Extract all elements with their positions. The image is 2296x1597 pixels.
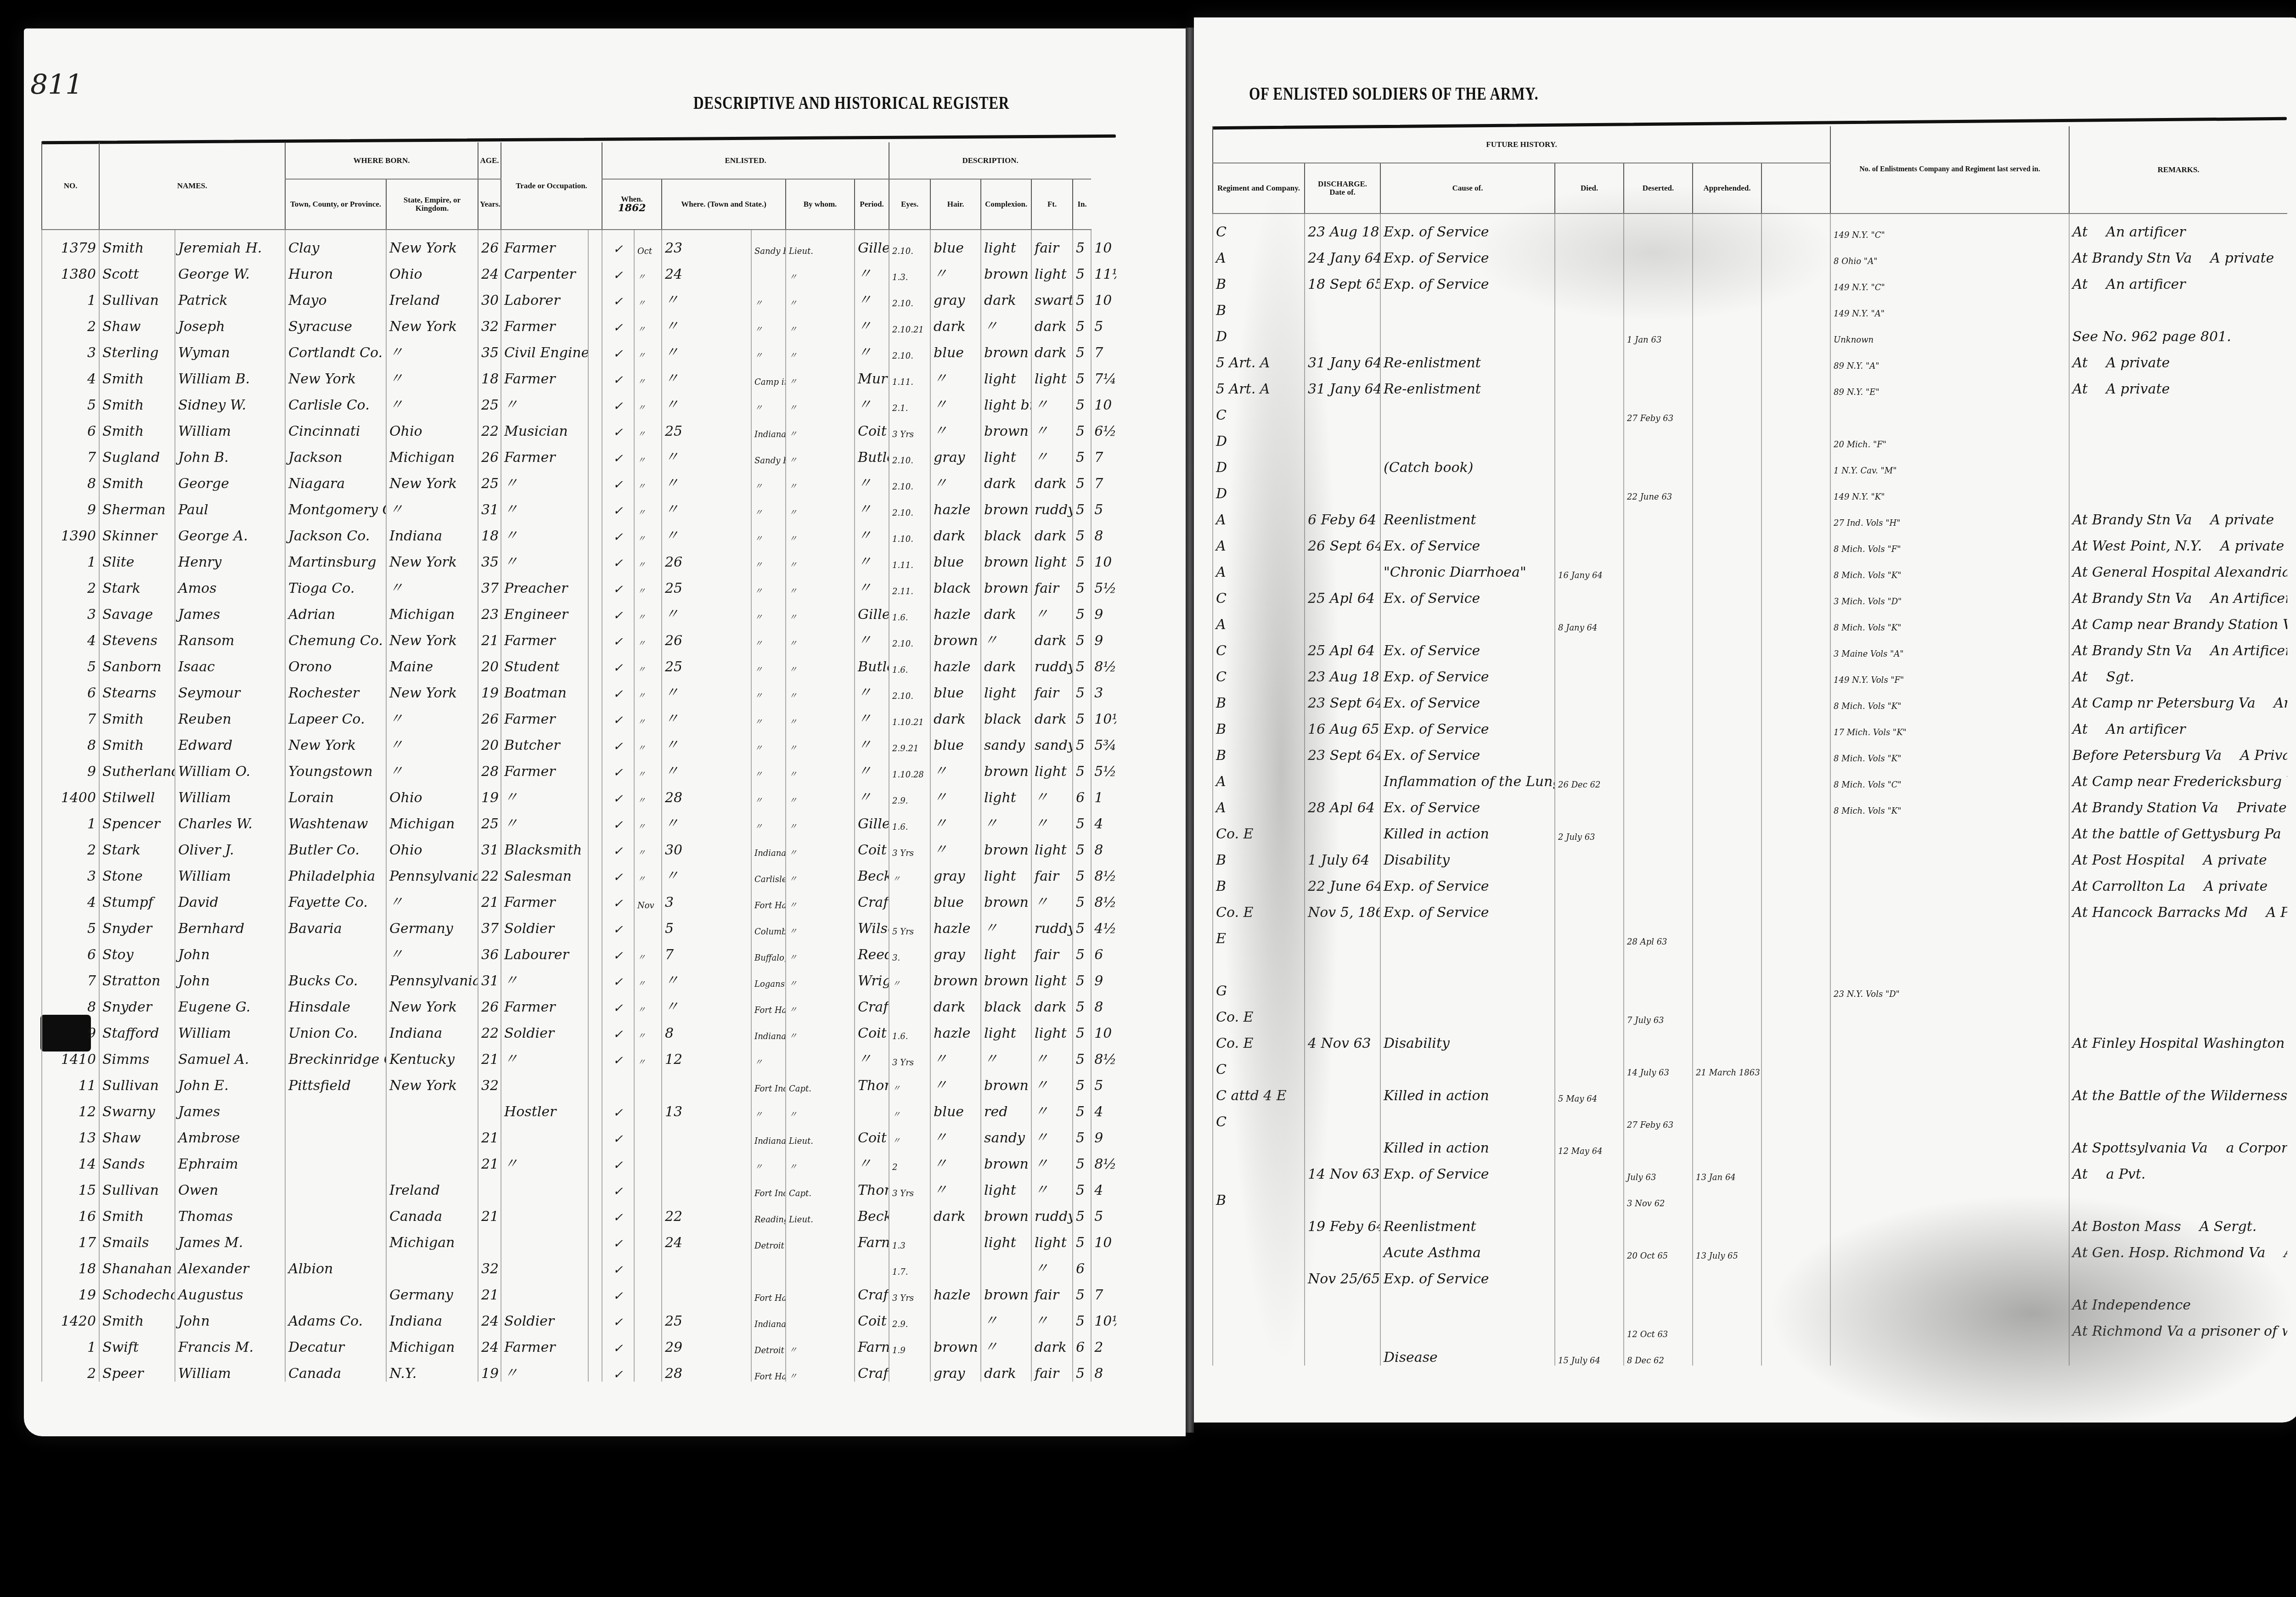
cell-trade bbox=[501, 1251, 588, 1277]
cell-appr bbox=[1693, 476, 1761, 502]
remarks-place: At bbox=[2072, 721, 2088, 737]
cell-last bbox=[1830, 842, 2069, 868]
cell-no: 11 bbox=[42, 1068, 99, 1094]
cell-rank: Lieut. bbox=[786, 1120, 855, 1146]
cell-died bbox=[1555, 999, 1624, 1025]
cell-by: Coit bbox=[855, 1303, 889, 1329]
cell-state: New York bbox=[386, 1068, 478, 1094]
cell-died bbox=[1555, 1156, 1624, 1182]
cell-appr bbox=[1693, 764, 1761, 790]
register-row: 1SwiftFrancis M.DecaturMichigan24Farmer✓… bbox=[42, 1329, 1116, 1355]
cell-month: 〃 bbox=[634, 570, 662, 596]
cell-state bbox=[386, 1146, 478, 1172]
cell-deserted bbox=[1624, 790, 1693, 816]
cell-last: 3 Maine Vols "A" bbox=[1830, 633, 2069, 659]
cell-reg: E bbox=[1213, 921, 1305, 947]
cell-trade bbox=[501, 1277, 588, 1303]
cell-deserted bbox=[1624, 816, 1693, 842]
remarks-place: At bbox=[2072, 224, 2088, 240]
cell-date: 14 Nov 63 bbox=[1305, 1156, 1380, 1182]
cell-trade: Blacksmith bbox=[501, 832, 588, 858]
cell-state: Pennsylvania bbox=[386, 858, 478, 884]
cell-reg: Co. E bbox=[1213, 894, 1305, 921]
cell-spacer bbox=[588, 1355, 602, 1382]
cell-ft: 5 bbox=[1073, 623, 1091, 649]
cell-month: 〃 bbox=[634, 754, 662, 780]
cell-appr bbox=[1693, 240, 1761, 266]
cell-day: 〃 bbox=[662, 361, 751, 387]
cell-surname: Sullivan bbox=[99, 282, 175, 309]
cell-last: 8 Mich. Vols "K" bbox=[1830, 607, 2069, 633]
cell-eyes: hazle bbox=[930, 596, 981, 623]
cell-day: 〃 bbox=[662, 309, 751, 335]
cell-eyes: 〃 bbox=[930, 256, 981, 282]
cell-ck: ✓ bbox=[602, 570, 634, 596]
cell-in: 8½ bbox=[1091, 1041, 1116, 1068]
cell-month: 〃 bbox=[634, 492, 662, 518]
cell-reg bbox=[1213, 1156, 1305, 1182]
register-row: 6SmithWilliamCincinnatiOhio22Musician✓〃2… bbox=[42, 413, 1116, 439]
cell-age: 18 bbox=[478, 361, 501, 387]
cell-cause: Ex. of Service bbox=[1380, 580, 1555, 607]
cell-deserted bbox=[1624, 580, 1693, 607]
cell-remarks: At Brandy Station VaPrivate bbox=[2069, 790, 2287, 816]
cell-blank bbox=[1761, 1313, 1830, 1339]
cell-hair: 〃 bbox=[981, 806, 1031, 832]
header-description: DESCRIPTION. bbox=[889, 142, 1091, 179]
cell-given: John bbox=[175, 937, 285, 963]
cell-reg: Co. E bbox=[1213, 999, 1305, 1025]
cell-complexion: 〃 bbox=[1031, 1251, 1073, 1277]
remarks-rank: An artificer bbox=[2106, 224, 2185, 240]
cell-date: 26 Sept 64 bbox=[1305, 528, 1380, 554]
cell-by: Gillespie bbox=[855, 230, 889, 256]
cell-complexion: 〃 bbox=[1031, 884, 1073, 911]
cell-no: 2 bbox=[42, 570, 99, 596]
cell-period: 2.10. bbox=[889, 282, 930, 309]
cell-eyes: brown bbox=[930, 1329, 981, 1355]
cell-in: 8½ bbox=[1091, 858, 1116, 884]
book-gutter bbox=[1186, 28, 1194, 1433]
cell-day: 26 bbox=[662, 544, 751, 570]
cell-appr bbox=[1693, 685, 1761, 711]
cell-in: 1 bbox=[1091, 780, 1116, 806]
register-row: 13ShawAmbrose21✓Indianapolis, Ind.Lieut.… bbox=[42, 1120, 1116, 1146]
cell-town: Syracuse bbox=[285, 309, 386, 335]
cell-ft: 5 bbox=[1073, 570, 1091, 596]
register-row: D1 Jan 63UnknownSee No. 962 page 801. bbox=[1213, 319, 2287, 345]
cell-surname: Slite bbox=[99, 544, 175, 570]
cell-appr bbox=[1693, 554, 1761, 580]
cell-month: 〃 bbox=[634, 413, 662, 439]
cell-last: 149 N.Y. "K" bbox=[1830, 476, 2069, 502]
cell-by: Butler bbox=[855, 439, 889, 466]
cell-ck: ✓ bbox=[602, 1251, 634, 1277]
register-row: Killed in action12 May 64At Spottsylvani… bbox=[1213, 1130, 2287, 1156]
cell-ck: ✓ bbox=[602, 492, 634, 518]
cell-given: William bbox=[175, 780, 285, 806]
cell-ft: 5 bbox=[1073, 963, 1091, 989]
cell-spacer bbox=[588, 361, 602, 387]
cell-town: Lapeer Co. bbox=[285, 701, 386, 727]
cell-deserted bbox=[1624, 633, 1693, 659]
cell-day: 25 bbox=[662, 413, 751, 439]
cell-given: William B. bbox=[175, 361, 285, 387]
cell-deserted bbox=[1624, 894, 1693, 921]
cell-given: William bbox=[175, 1355, 285, 1382]
cell-last bbox=[1830, 1104, 2069, 1130]
cell-hair: light bbox=[981, 439, 1031, 466]
cell-rank: 〃 bbox=[786, 623, 855, 649]
cell-ft: 5 bbox=[1073, 256, 1091, 282]
register-row: 14SandsEphraim21〃✓〃〃〃2〃brown〃58½ bbox=[42, 1146, 1116, 1172]
cell-cause bbox=[1380, 1182, 1555, 1209]
cell-blank bbox=[1761, 894, 1830, 921]
cell-state: N.Y. bbox=[386, 1355, 478, 1382]
cell-period: 2.9. bbox=[889, 1303, 930, 1329]
cell-eyes: dark bbox=[930, 1198, 981, 1225]
cell-town: Mayo bbox=[285, 282, 386, 309]
remarks-rank: A Private bbox=[2240, 748, 2287, 764]
cell-died bbox=[1555, 1104, 1624, 1130]
cell-by: Wilson bbox=[855, 911, 889, 937]
cell-by: Farnsworth bbox=[855, 1329, 889, 1355]
cell-ck: ✓ bbox=[602, 780, 634, 806]
cell-ft: 5 bbox=[1073, 1094, 1091, 1120]
cell-blank bbox=[1761, 999, 1830, 1025]
cell-last: 89 N.Y. "E" bbox=[1830, 371, 2069, 397]
cell-trade: Hostler bbox=[501, 1094, 588, 1120]
remarks-place: Before Petersburg Va bbox=[2072, 748, 2222, 764]
register-row: 9StaffordWilliamUnion Co.Indiana22Soldie… bbox=[42, 1015, 1116, 1041]
cell-state: Ohio bbox=[386, 256, 478, 282]
cell-appr bbox=[1693, 842, 1761, 868]
cell-complexion: light bbox=[1031, 754, 1073, 780]
cell-town: Adrian bbox=[285, 596, 386, 623]
cell-deserted bbox=[1624, 450, 1693, 476]
cell-remarks: AtAn artificer bbox=[2069, 214, 2287, 240]
cell-complexion: 〃 bbox=[1031, 1303, 1073, 1329]
register-row: 5SnyderBernhardBavariaGermany37Soldier✓5… bbox=[42, 911, 1116, 937]
cell-day: 〃 bbox=[662, 754, 751, 780]
cell-complexion: swarthy bbox=[1031, 282, 1073, 309]
cell-day: 12 bbox=[662, 1041, 751, 1068]
remarks-place: At Camp near Brandy Station Va bbox=[2072, 617, 2287, 633]
cell-where: Indianapolis, Ind. bbox=[751, 1015, 786, 1041]
cell-complexion: dark bbox=[1031, 701, 1073, 727]
cell-rank: 〃 bbox=[786, 466, 855, 492]
cell-spacer bbox=[588, 1251, 602, 1277]
cell-ck: ✓ bbox=[602, 256, 634, 282]
cell-deserted: 22 June 63 bbox=[1624, 476, 1693, 502]
register-row: A24 Jany 64Exp. of Service8 Ohio "A"At B… bbox=[1213, 240, 2287, 266]
cell-no: 8 bbox=[42, 466, 99, 492]
cell-eyes: blue bbox=[930, 884, 981, 911]
cell-complexion: light bbox=[1031, 1225, 1073, 1251]
right-register-table: FUTURE HISTORY. No. of Enlistments Compa… bbox=[1212, 126, 2287, 1366]
cell-deserted bbox=[1624, 1287, 1693, 1313]
cell-age: 24 bbox=[478, 1329, 501, 1355]
cell-date bbox=[1305, 947, 1380, 973]
cell-trade: Farmer bbox=[501, 309, 588, 335]
cell-deserted bbox=[1624, 947, 1693, 973]
cell-date bbox=[1305, 1313, 1380, 1339]
cell-ft: 6 bbox=[1073, 780, 1091, 806]
cell-spacer bbox=[588, 780, 602, 806]
cell-day: 〃 bbox=[662, 989, 751, 1015]
register-row: 7SuglandJohn B.JacksonMichigan26Farmer✓〃… bbox=[42, 439, 1116, 466]
cell-hair: brown bbox=[981, 884, 1031, 911]
cell-last bbox=[1830, 1130, 2069, 1156]
cell-month bbox=[634, 1094, 662, 1120]
cell-cause: Killed in action bbox=[1380, 1078, 1555, 1104]
cell-in: 7 bbox=[1091, 466, 1116, 492]
cell-appr: 21 March 1863 bbox=[1693, 1052, 1761, 1078]
cell-given: Edward bbox=[175, 727, 285, 754]
cell-month: 〃 bbox=[634, 675, 662, 701]
cell-day: 〃 bbox=[662, 492, 751, 518]
cell-spacer bbox=[588, 518, 602, 544]
cell-by: 〃 bbox=[855, 727, 889, 754]
cell-remarks: At General Hospital Alexandria Vaa Priva… bbox=[2069, 554, 2287, 580]
cell-rank: 〃 bbox=[786, 963, 855, 989]
cell-town: Bucks Co. bbox=[285, 963, 386, 989]
register-row: 16SmithThomasCanada21✓22Reading, Pa.Lieu… bbox=[42, 1198, 1116, 1225]
header-height-in: In. bbox=[1073, 179, 1091, 230]
cell-appr bbox=[1693, 580, 1761, 607]
cell-appr bbox=[1693, 450, 1761, 476]
cell-by: Reed bbox=[855, 937, 889, 963]
cell-date bbox=[1305, 921, 1380, 947]
cell-surname: Snyder bbox=[99, 989, 175, 1015]
remarks-place: At General Hospital Alexandria Va bbox=[2072, 564, 2287, 580]
cell-age bbox=[478, 1172, 501, 1198]
cell-trade: 〃 bbox=[501, 387, 588, 413]
cell-day bbox=[662, 1251, 751, 1277]
cell-ck: ✓ bbox=[602, 544, 634, 570]
cell-rank: 〃 bbox=[786, 701, 855, 727]
cell-month: 〃 bbox=[634, 832, 662, 858]
cell-month: 〃 bbox=[634, 780, 662, 806]
cell-town: Jackson bbox=[285, 439, 386, 466]
cell-period: 3 Yrs bbox=[889, 1041, 930, 1068]
cell-month bbox=[634, 1277, 662, 1303]
cell-spacer bbox=[588, 1068, 602, 1094]
cell-given: Paul bbox=[175, 492, 285, 518]
cell-state: Germany bbox=[386, 1277, 478, 1303]
cell-period: 1.11. bbox=[889, 361, 930, 387]
cell-spacer bbox=[588, 1303, 602, 1329]
cell-eyes: gray bbox=[930, 858, 981, 884]
cell-died: 16 Jany 64 bbox=[1555, 554, 1624, 580]
cell-blank bbox=[1761, 764, 1830, 790]
cell-last bbox=[1830, 921, 2069, 947]
cell-blank bbox=[1761, 371, 1830, 397]
cell-month: Nov bbox=[634, 884, 662, 911]
cell-remarks: Ata Pvt. bbox=[2069, 1156, 2287, 1182]
cell-surname: Shaw bbox=[99, 1120, 175, 1146]
cell-cause: Exp. of Service bbox=[1380, 711, 1555, 737]
cell-state: New York bbox=[386, 675, 478, 701]
cell-in: 3 bbox=[1091, 675, 1116, 701]
cell-trade: Farmer bbox=[501, 439, 588, 466]
cell-spacer bbox=[588, 623, 602, 649]
cell-by: Craft bbox=[855, 1355, 889, 1382]
cell-remarks bbox=[2069, 1182, 2287, 1209]
cell-deserted bbox=[1624, 423, 1693, 450]
cell-eyes: hazle bbox=[930, 911, 981, 937]
cell-given: Thomas bbox=[175, 1198, 285, 1225]
remarks-place: At bbox=[2072, 355, 2088, 371]
register-row: C attd 4 EKilled in action5 May 64At the… bbox=[1213, 1078, 2287, 1104]
cell-ck: ✓ bbox=[602, 1120, 634, 1146]
cell-remarks: At West Point, N.Y.A private bbox=[2069, 528, 2287, 554]
cell-rank: 〃 bbox=[786, 832, 855, 858]
cell-hair: brown bbox=[981, 1146, 1031, 1172]
cell-remarks: At Independence bbox=[2069, 1287, 2287, 1313]
register-row: 9ShermanPaulMontgomery Co.〃31〃✓〃〃〃〃〃2.10… bbox=[42, 492, 1116, 518]
cell-day: 24 bbox=[662, 256, 751, 282]
cell-reg: D bbox=[1213, 423, 1305, 450]
cell-ck: ✓ bbox=[602, 1146, 634, 1172]
cell-surname: Stevens bbox=[99, 623, 175, 649]
cell-ft: 5 bbox=[1073, 1303, 1091, 1329]
cell-rank: 〃 bbox=[786, 1015, 855, 1041]
cell-where: 〃 bbox=[751, 518, 786, 544]
cell-trade: Farmer bbox=[501, 754, 588, 780]
cell-in: 7¼ bbox=[1091, 361, 1116, 387]
cell-eyes: dark bbox=[930, 989, 981, 1015]
cell-hair: black bbox=[981, 701, 1031, 727]
cell-town: Fayette Co. bbox=[285, 884, 386, 911]
header-date-of: Date of. bbox=[1329, 188, 1356, 197]
cell-spacer bbox=[588, 1329, 602, 1355]
cell-by: 〃 bbox=[855, 466, 889, 492]
cell-town: Niagara bbox=[285, 466, 386, 492]
cell-spacer bbox=[588, 466, 602, 492]
cell-appr bbox=[1693, 1209, 1761, 1235]
cell-date: 19 Feby 64 bbox=[1305, 1209, 1380, 1235]
cell-trade: 〃 bbox=[501, 963, 588, 989]
register-row: Co. E4 Nov 63DisabilityAt Finley Hospita… bbox=[1213, 1025, 2287, 1052]
cell-complexion: sandy bbox=[1031, 727, 1073, 754]
cell-where: 〃 bbox=[751, 282, 786, 309]
cell-given: Ransom bbox=[175, 623, 285, 649]
cell-period: 2.10. bbox=[889, 230, 930, 256]
header-future-history: FUTURE HISTORY. bbox=[1213, 126, 1830, 163]
cell-hair: 〃 bbox=[981, 309, 1031, 335]
cell-state: 〃 bbox=[386, 492, 478, 518]
remarks-rank: A private bbox=[2210, 250, 2274, 266]
remarks-place: At Brandy Stn Va bbox=[2072, 250, 2192, 266]
cell-date bbox=[1305, 1182, 1380, 1209]
remarks-place: At Richmond Va a prisoner of war bbox=[2072, 1323, 2287, 1339]
register-row: 8SmithGeorgeNiagaraNew York25〃✓〃〃〃〃〃2.10… bbox=[42, 466, 1116, 492]
cell-rank: 〃 bbox=[786, 439, 855, 466]
cell-appr bbox=[1693, 214, 1761, 240]
cell-rank: 〃 bbox=[786, 1146, 855, 1172]
cell-reg: B bbox=[1213, 737, 1305, 764]
cell-remarks: At Gen. Hosp. Richmond VaA Private bbox=[2069, 1235, 2287, 1261]
cell-complexion: light bbox=[1031, 832, 1073, 858]
cell-spacer bbox=[588, 492, 602, 518]
cell-deserted bbox=[1624, 371, 1693, 397]
cell-reg: A bbox=[1213, 607, 1305, 633]
remarks-place: At Gen. Hosp. Richmond Va bbox=[2072, 1245, 2265, 1261]
cell-month bbox=[634, 1251, 662, 1277]
register-row: 1380ScottGeorge W.HuronOhio24Carpenter✓〃… bbox=[42, 256, 1116, 282]
cell-blank bbox=[1761, 476, 1830, 502]
cell-where: 〃 bbox=[751, 1146, 786, 1172]
header-when-year: 1862 bbox=[618, 202, 646, 214]
cell-reg: C attd 4 E bbox=[1213, 1078, 1305, 1104]
cell-died bbox=[1555, 1261, 1624, 1287]
cell-blank bbox=[1761, 737, 1830, 764]
cell-state: New York bbox=[386, 989, 478, 1015]
cell-appr bbox=[1693, 999, 1761, 1025]
cell-where: 〃 bbox=[751, 727, 786, 754]
cell-last bbox=[1830, 868, 2069, 894]
cell-blank bbox=[1761, 1287, 1830, 1313]
cell-ft: 5 bbox=[1073, 1120, 1091, 1146]
cell-no: 1420 bbox=[42, 1303, 99, 1329]
cell-date: Nov 5, 1865 bbox=[1305, 894, 1380, 921]
cell-spacer bbox=[588, 937, 602, 963]
cell-spacer bbox=[588, 439, 602, 466]
cell-reg bbox=[1213, 947, 1305, 973]
cell-deserted: 28 Apl 63 bbox=[1624, 921, 1693, 947]
register-row: 3StoneWilliamPhiladelphiaPennsylvania22S… bbox=[42, 858, 1116, 884]
cell-month: 〃 bbox=[634, 544, 662, 570]
register-row: B149 N.Y. "A" bbox=[1213, 292, 2287, 319]
cell-last: 20 Mich. "F" bbox=[1830, 423, 2069, 450]
cell-rank: 〃 bbox=[786, 256, 855, 282]
cell-cause: Ex. of Service bbox=[1380, 685, 1555, 711]
cell-last bbox=[1830, 999, 2069, 1025]
cell-rank: 〃 bbox=[786, 884, 855, 911]
cell-age: 19 bbox=[478, 780, 501, 806]
cell-in: 8½ bbox=[1091, 1146, 1116, 1172]
cell-date: 24 Jany 64 bbox=[1305, 240, 1380, 266]
register-row: 9SutherlandWilliam O.Youngstown〃28Farmer… bbox=[42, 754, 1116, 780]
register-row: 6StoyJohn〃36Labourer✓〃7Buffalo, N.Y.〃Ree… bbox=[42, 937, 1116, 963]
cell-no: 9 bbox=[42, 1015, 99, 1041]
cell-died bbox=[1555, 423, 1624, 450]
cell-ck: ✓ bbox=[602, 1041, 634, 1068]
cell-no: 8 bbox=[42, 727, 99, 754]
cell-age: 32 bbox=[478, 309, 501, 335]
cell-remarks bbox=[2069, 999, 2287, 1025]
cell-eyes bbox=[930, 1225, 981, 1251]
cell-remarks bbox=[2069, 1261, 2287, 1287]
cell-day: 24 bbox=[662, 1225, 751, 1251]
cell-remarks bbox=[2069, 1339, 2287, 1366]
cell-ck: ✓ bbox=[602, 387, 634, 413]
cell-deserted bbox=[1624, 345, 1693, 371]
cell-date: 23 Aug 1865 bbox=[1305, 214, 1380, 240]
remarks-place: At Finley Hospital Washington D.C. bbox=[2072, 1035, 2287, 1052]
cell-town: Philadelphia bbox=[285, 858, 386, 884]
register-row: AInflammation of the Lungs26 Dec 628 Mic… bbox=[1213, 764, 2287, 790]
cell-given: George A. bbox=[175, 518, 285, 544]
cell-rank: 〃 bbox=[786, 649, 855, 675]
cell-ck: ✓ bbox=[602, 439, 634, 466]
cell-reg: A bbox=[1213, 764, 1305, 790]
cell-given: James bbox=[175, 1094, 285, 1120]
cell-no: 1379 bbox=[42, 230, 99, 256]
cell-age: 21 bbox=[478, 623, 501, 649]
cell-trade: Butcher bbox=[501, 727, 588, 754]
